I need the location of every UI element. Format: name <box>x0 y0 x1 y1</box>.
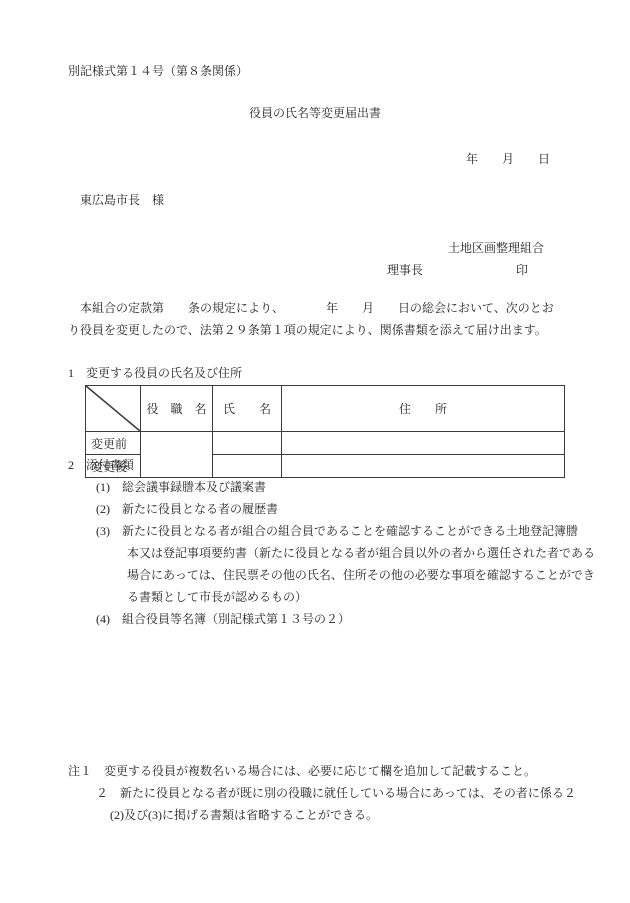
position-input-cell <box>141 432 213 478</box>
attachment-item-3-line-4: る書類として市長が認めるもの） <box>127 590 307 605</box>
table-header-row: 役 職 名 氏 名 住 所 <box>86 386 565 432</box>
attachment-item-3-line-2: 本又は登記事項要約書（新たに役員となる者が組合員以外の者から選任された者である <box>127 546 595 561</box>
col-header-address: 住 所 <box>282 386 565 432</box>
attachment-item-1: (1) 総会議事録謄本及び議案書 <box>96 480 266 495</box>
signature-organization: 土地区画整理組合 <box>448 241 544 256</box>
attachment-item-2: (2) 新たに役員となる者の履歴書 <box>96 502 278 517</box>
name-before-input-cell <box>213 432 282 455</box>
body-paragraph-line-1: 本組合の定款第 条の規定により、 年 月 日の総会において、次のとお <box>68 301 554 316</box>
row-label-before: 変更前 <box>86 432 141 455</box>
diagonal-line <box>86 386 140 431</box>
section1-heading: 1 変更する役員の氏名及び住所 <box>68 366 242 381</box>
address-after-input-cell <box>282 455 565 478</box>
officers-table: 役 職 名 氏 名 住 所 変更前 変更後 <box>85 385 565 478</box>
note-2-line-2: (2)及び(3)に掲げる書類は省略することができる。 <box>110 808 378 823</box>
name-after-input-cell <box>213 455 282 478</box>
body-paragraph-line-2: り役員を変更したので、法第２９条第１項の規定により、関係書類を添えて届け出ます。 <box>68 323 547 338</box>
address-before-input-cell <box>282 432 565 455</box>
section2-heading: 2 添付書類 <box>68 458 134 473</box>
table-row-before: 変更前 <box>86 432 565 455</box>
attachment-item-3-line-3: 場合にあっては、住民票その他の氏名、住所その他の必要な事項を確認することができ <box>127 568 595 583</box>
signature-role: 理事長 <box>387 263 423 278</box>
addressee-line: 東広島市長 様 <box>80 193 164 208</box>
col-header-position: 役 職 名 <box>141 386 213 432</box>
note-1: 注１ 変更する役員が複数名いる場合には、必要に応じて欄を追加して記載すること。 <box>68 764 536 779</box>
col-header-name: 氏 名 <box>213 386 282 432</box>
diagonal-header-cell <box>86 386 141 432</box>
attachment-item-3-line-1: (3) 新たに役員となる者が組合の組合員であることを確認することができる土地登記… <box>96 524 578 539</box>
seal-label: 印 <box>516 263 528 278</box>
note-2-line-1: ２ 新たに役員となる者が既に別の役職に就任している場合にあっては、その者に係る２ <box>96 786 576 801</box>
document-title: 役員の氏名等変更届出書 <box>0 106 630 121</box>
date-line: 年 月 日 <box>466 152 550 167</box>
attachment-item-4: (4) 組合役員等名簿（別記様式第１３号の２） <box>96 612 350 627</box>
document-page: 別記様式第１４号（第８条関係） 役員の氏名等変更届出書 年 月 日 東広島市長 … <box>0 0 630 903</box>
form-number: 別記様式第１４号（第８条関係） <box>68 64 248 79</box>
